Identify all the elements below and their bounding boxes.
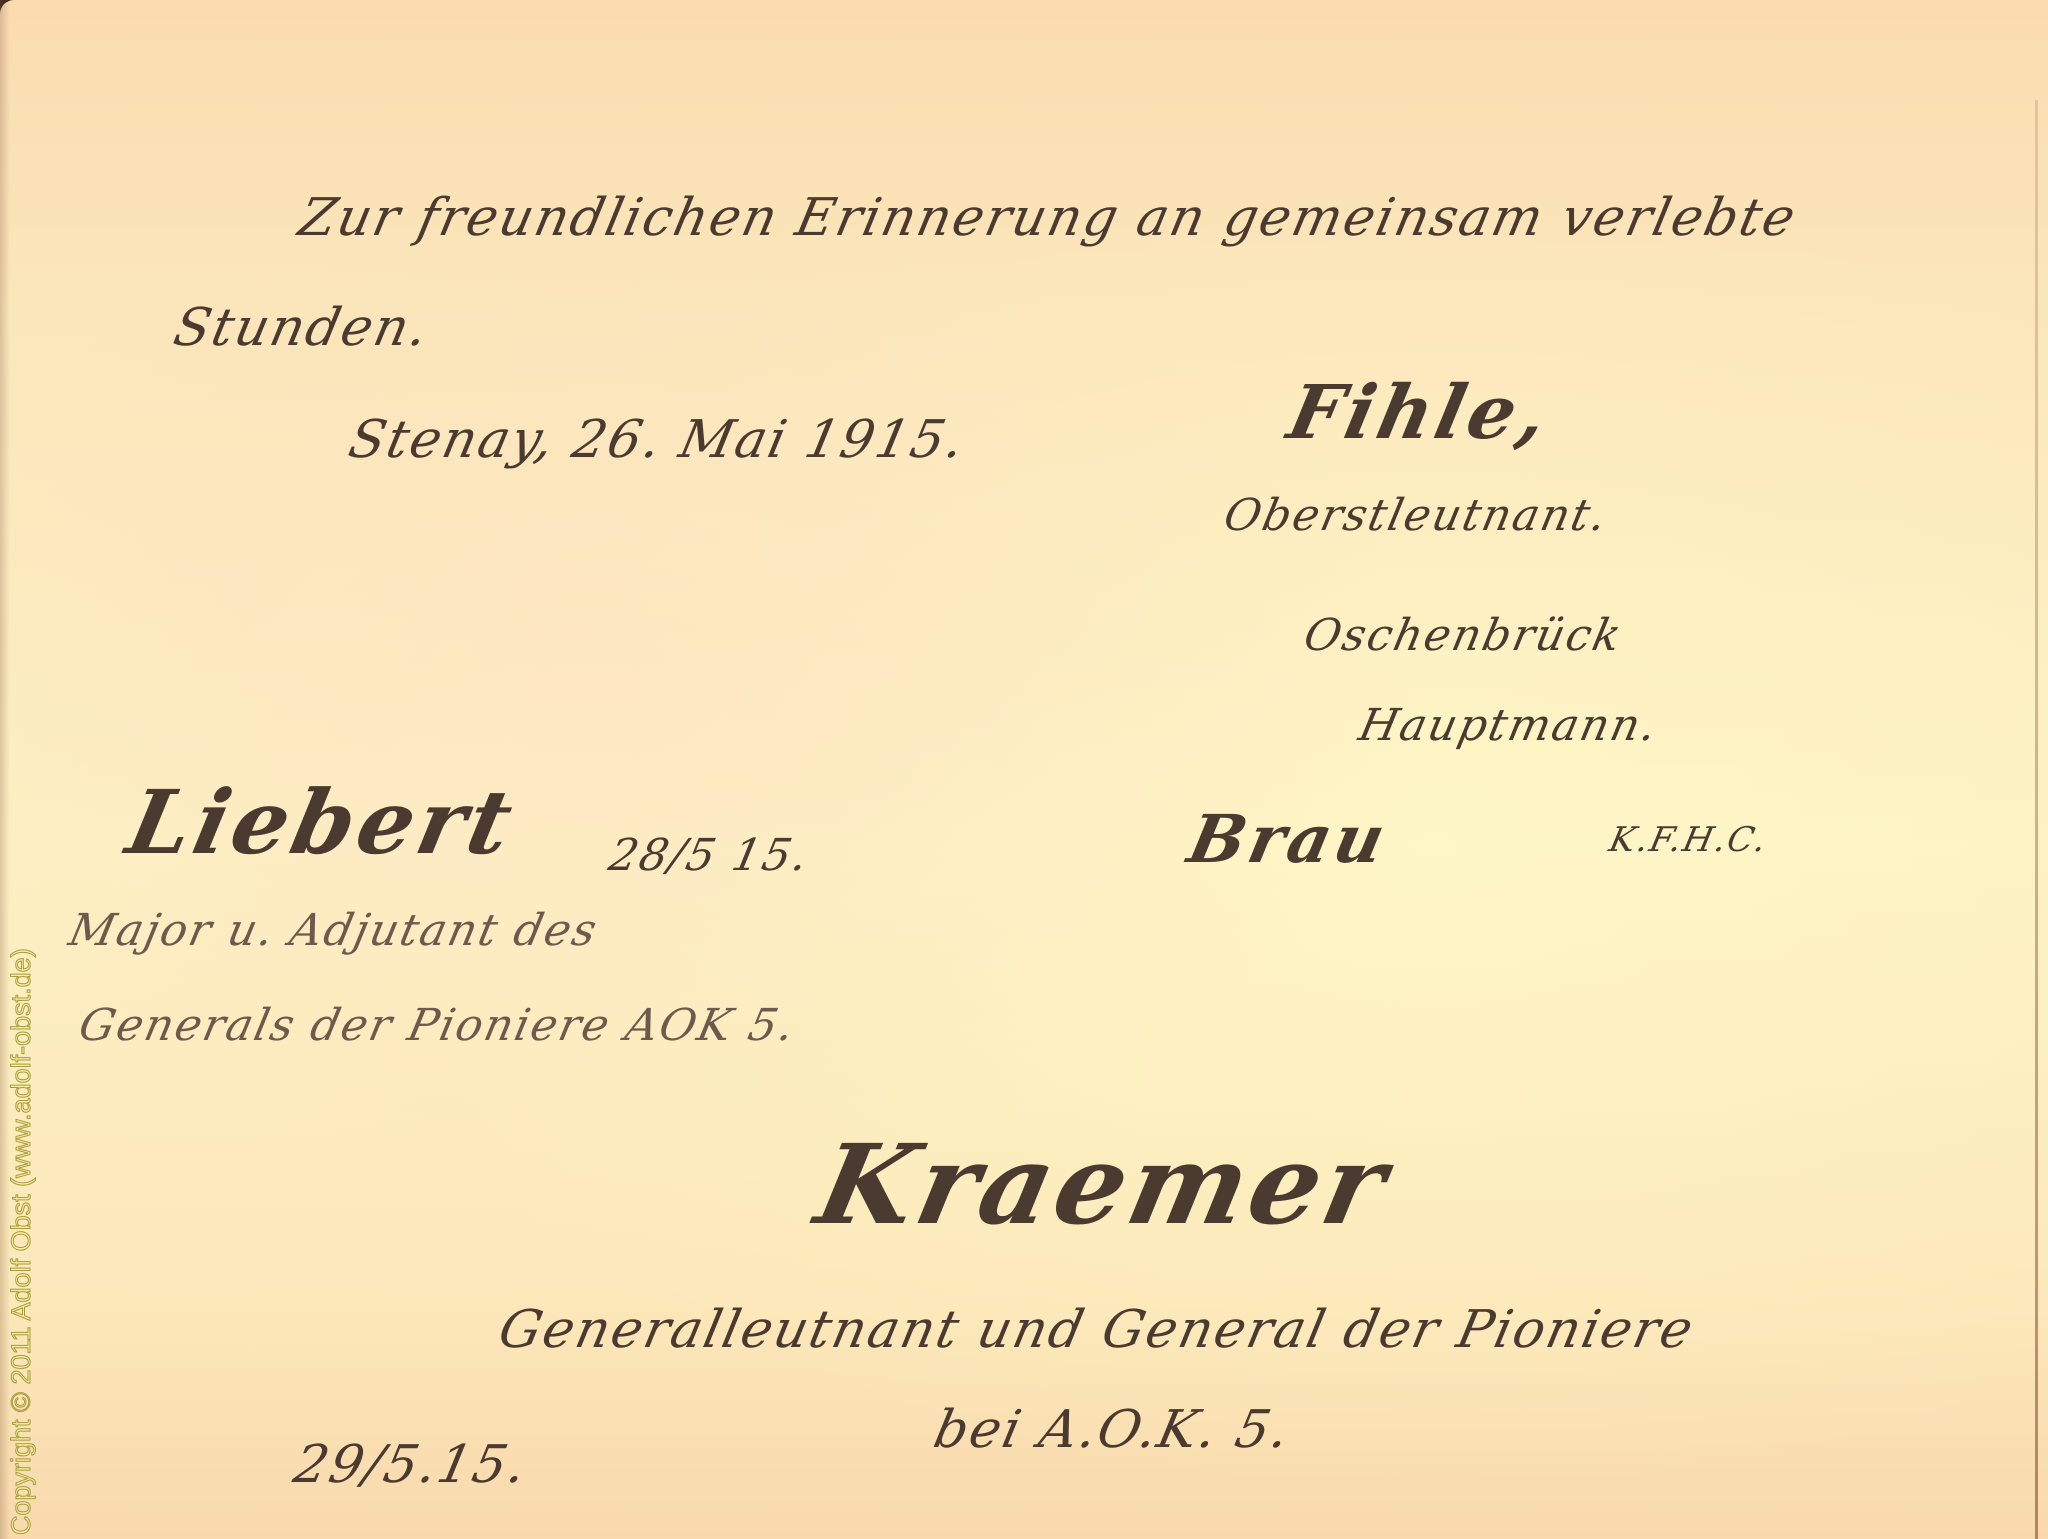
signature-liebert-date: 28/5 15. (605, 830, 815, 881)
signature-liebert-title-2: Generals der Pioniere AOK 5. (75, 1000, 801, 1051)
signature-kraemer-title-1: Generalleutnant und General der Pioniere (494, 1300, 1700, 1360)
signature-oschenbrueck-rank: Hauptmann. (1355, 700, 1663, 751)
signature-kraemer: Kraemer (806, 1120, 1401, 1249)
dedication-line-2: Stunden. (169, 298, 435, 358)
signature-fihle-rank: Oberstleutnant. (1220, 490, 1613, 541)
place-date: Stenay, 26. Mai 1915. (344, 410, 972, 470)
signature-fihle: Fihle, (1281, 370, 1559, 456)
signature-brau: Brau (1182, 800, 1396, 878)
copyright-watermark: Copyright © 2011 Adolf Obst (www.adolf-o… (4, 948, 38, 1539)
dedication-line-1: Zur freundlichen Erinnerung an gemeinsam… (294, 188, 1803, 248)
signature-liebert: Liebert (119, 770, 525, 874)
signature-liebert-title-1: Major u. Adjutant des (65, 905, 603, 956)
signature-kraemer-date: 29/5.15. (289, 1435, 534, 1495)
signature-oschenbrueck: Oschenbrück (1300, 610, 1628, 661)
album-page: Zur freundlichen Erinnerung an gemeinsam… (0, 0, 2048, 1539)
page-edge (2035, 100, 2038, 1539)
signature-brau-suffix: K.F.H.C. (1606, 820, 1772, 860)
signature-kraemer-title-2: bei A.O.K. 5. (929, 1400, 1297, 1460)
